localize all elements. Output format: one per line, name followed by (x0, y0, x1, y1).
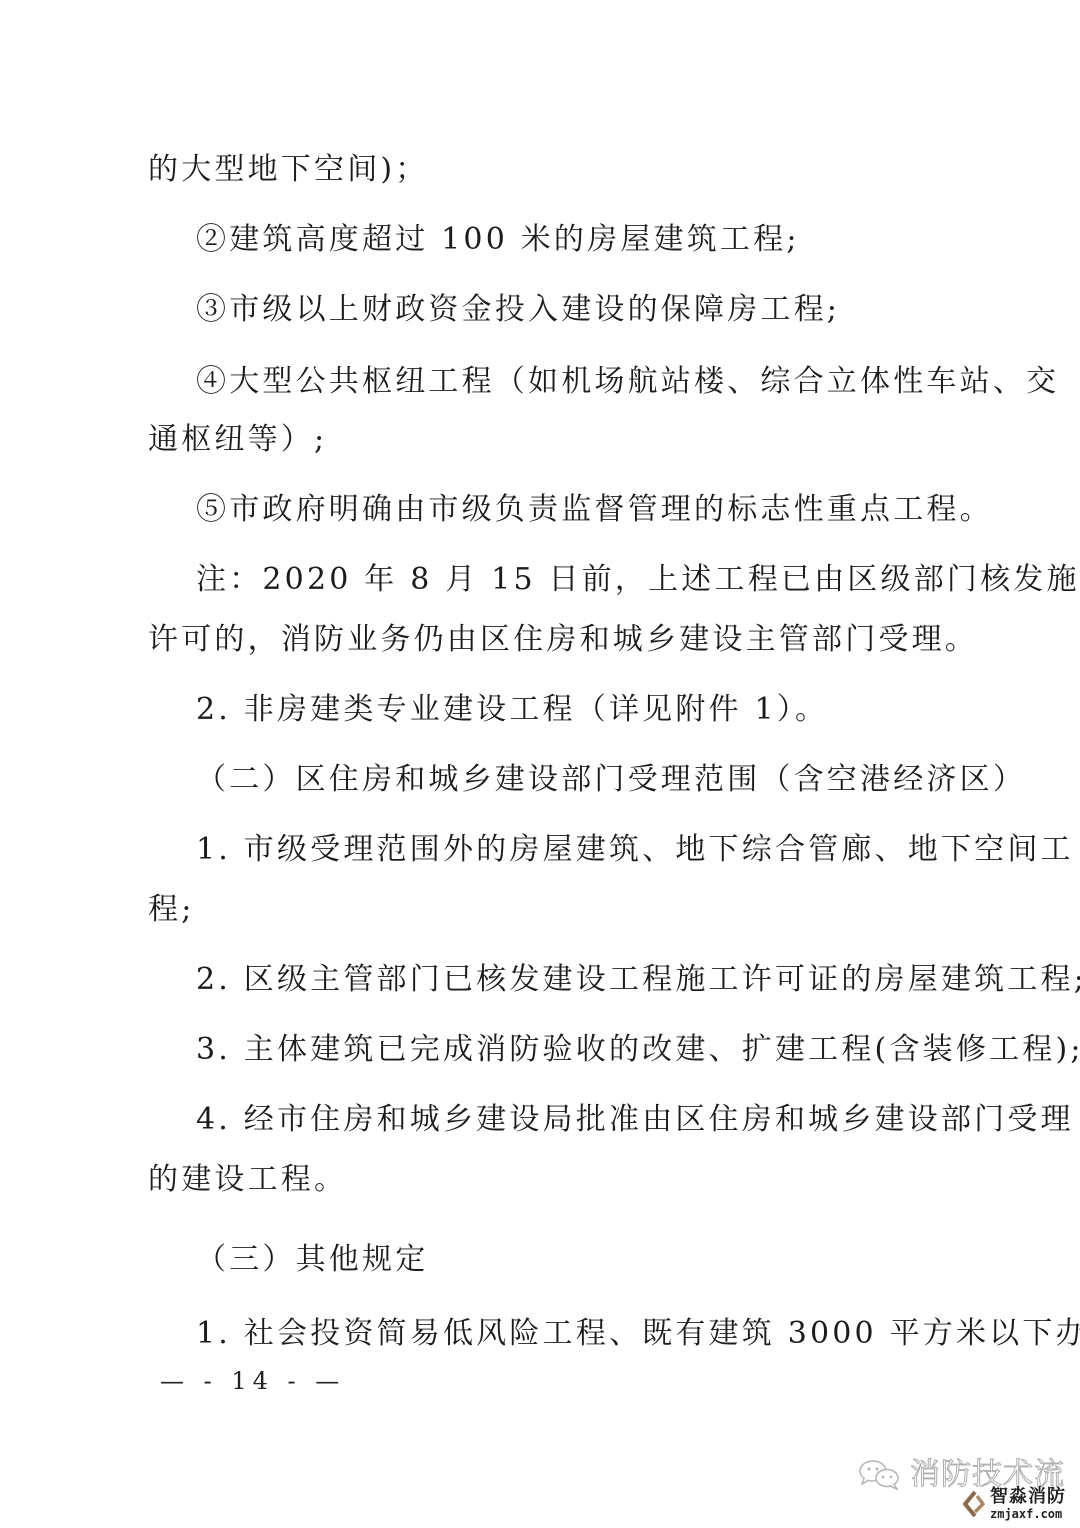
text-line-13: 2. 区级主管部门已核发建设工程施工许可证的房屋建筑工程; (196, 962, 1080, 998)
text-line-7: 注：2020 年 8 月 15 日前，上述工程已由区级部门核发施工 (196, 562, 1080, 598)
text-line-5: 通枢纽等）; (148, 422, 327, 458)
text-line-11: 1. 市级受理范围外的房屋建筑、地下综合管廊、地下空间工 (196, 832, 1074, 868)
text-line-12: 程; (148, 892, 195, 928)
text-line-15: 4. 经市住房和城乡建设局批准由区住房和城乡建设部门受理 (196, 1102, 1074, 1138)
text-line-1: 的大型地下空间)； (148, 152, 429, 188)
text-line-2: ②建筑高度超过 100 米的房屋建筑工程; (196, 222, 800, 258)
text-line-8: 许可的，消防业务仍由区住房和城乡建设主管部门受理。 (148, 622, 978, 658)
page-number: — - 14 - — (160, 1366, 345, 1396)
text-line-16: 的建设工程。 (148, 1162, 347, 1198)
document-page: 的大型地下空间)； ②建筑高度超过 100 米的房屋建筑工程; ③市级以上财政资… (0, 0, 1080, 1528)
wechat-icon (858, 1459, 902, 1491)
section-heading-3: （三）其他规定 (196, 1242, 428, 1278)
brand-logo-icon (963, 1490, 987, 1518)
text-line-4: ④大型公共枢纽工程（如机场航站楼、综合立体性车站、交 (196, 364, 1059, 400)
text-line-14: 3. 主体建筑已完成消防验收的改建、扩建工程(含装修工程); (196, 1032, 1080, 1068)
text-line-3: ③市级以上财政资金投入建设的保障房工程; (196, 292, 840, 328)
section-heading-2: （二）区住房和城乡建设部门受理范围（含空港经济区） (196, 762, 1026, 798)
text-line-9: 2. 非房建类专业建设工程（详见附件 1）。 (196, 692, 828, 728)
brand-name: 智淼消防 (990, 1488, 1066, 1506)
text-line-6: ⑤市政府明确由市级负责监督管理的标志性重点工程。 (196, 492, 993, 528)
brand-url: zmjaxf.com (990, 1508, 1066, 1520)
brand-watermark: 智淼消防 zmjaxf.com (963, 1488, 1066, 1520)
text-line-18: 1. 社会投资简易低风险工程、既有建筑 3000 平方米以下办公 (196, 1316, 1080, 1352)
